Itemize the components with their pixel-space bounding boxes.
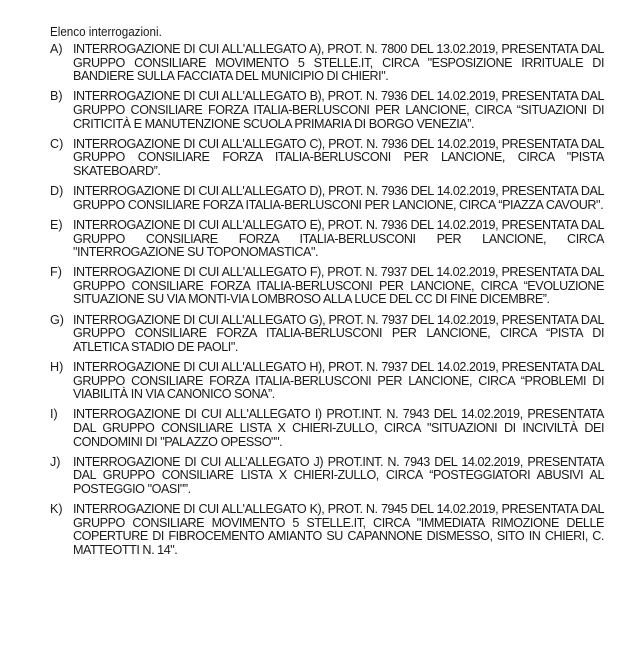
item-marker: J) [50,456,73,470]
item-marker: K) [50,503,73,517]
list-item-h: H) INTERROGAZIONE DI CUI ALL'ALLEGATO H)… [50,361,604,402]
item-text: INTERROGAZIONE DI CUI ALL'ALLEGATO E), P… [73,219,604,260]
item-text: INTERROGAZIONE DI CUI ALL'ALLEGATO H), P… [73,361,604,402]
list-item-e: E) INTERROGAZIONE DI CUI ALL'ALLEGATO E)… [50,219,604,260]
item-text: INTERROGAZIONE DI CUI ALL'ALLEGATO G), P… [73,314,604,355]
item-marker: C) [50,138,73,152]
item-text: INTERROGAZIONE DI CUI ALL'ALLEGATO A), P… [73,43,604,84]
list-item-a: A) INTERROGAZIONE DI CUI ALL'ALLEGATO A)… [50,43,604,84]
item-marker: B) [50,90,73,104]
item-text: INTERROGAZIONE DI CUI ALL’ALLEGATO J) PR… [73,456,604,497]
item-text: INTERROGAZIONE DI CUI ALL'ALLEGATO F), P… [73,266,604,307]
list-item-j: J) INTERROGAZIONE DI CUI ALL’ALLEGATO J)… [50,456,604,497]
item-marker: D) [50,185,73,199]
list-item-f: F) INTERROGAZIONE DI CUI ALL'ALLEGATO F)… [50,266,604,307]
list-item-g: G) INTERROGAZIONE DI CUI ALL'ALLEGATO G)… [50,314,604,355]
item-marker: G) [50,314,73,328]
list-item-c: C) INTERROGAZIONE DI CUI ALL'ALLEGATO C)… [50,138,604,179]
list-intro: Elenco interrogazioni. [50,25,565,39]
list-item-b: B) INTERROGAZIONE DI CUI ALL'ALLEGATO B)… [50,90,604,131]
list-item-k: K) INTERROGAZIONE DI CUI ALL'ALLEGATO K)… [50,503,604,557]
item-text: INTERROGAZIONE DI CUI ALL'ALLEGATO B), P… [73,90,604,131]
item-text: INTERROGAZIONE DI CUI ALL'ALLEGATO C), P… [73,138,604,179]
item-marker: F) [50,266,73,280]
document-page: Elenco interrogazioni. A) INTERROGAZIONE… [50,25,604,564]
list-item-d: D) INTERROGAZIONE DI CUI ALL'ALLEGATO D)… [50,185,604,212]
item-marker: H) [50,361,73,375]
list-item-i: I) INTERROGAZIONE DI CUI ALL'ALLEGATO I)… [50,408,604,449]
item-text: INTERROGAZIONE DI CUI ALL'ALLEGATO D), P… [73,185,604,212]
item-text: INTERROGAZIONE DI CUI ALL'ALLEGATO K), P… [73,503,604,557]
item-marker: E) [50,219,73,233]
item-marker: I) [50,408,73,422]
item-marker: A) [50,43,73,57]
item-text: INTERROGAZIONE DI CUI ALL'ALLEGATO I) PR… [73,408,604,449]
